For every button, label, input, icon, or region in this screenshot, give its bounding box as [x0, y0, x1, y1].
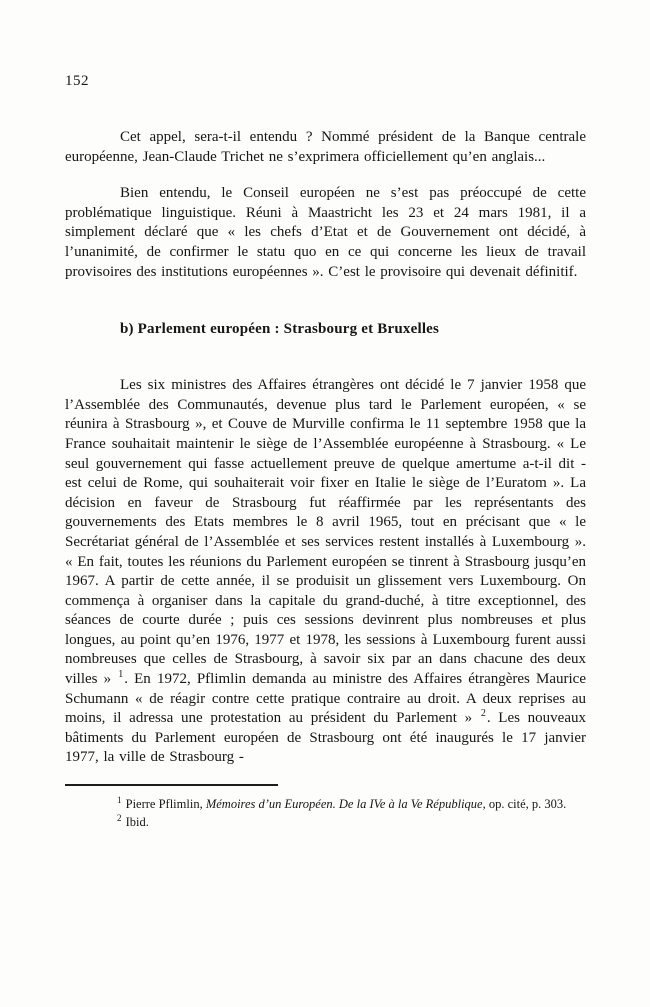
footnote-separator-rule — [65, 784, 278, 786]
footnote-1-text: Pierre Pflimlin, — [123, 797, 206, 811]
footnote-1: 1 Pierre Pflimlin, Mémoires d’un Europée… — [65, 795, 586, 813]
paragraph-conseil-europeen: Bien entendu, le Conseil européen ne s’e… — [65, 184, 586, 282]
footnote-2-text: Ibid. — [123, 815, 149, 829]
footnote-area: 1 Pierre Pflimlin, Mémoires d’un Europée… — [65, 784, 586, 831]
footnote-2: 2 Ibid. — [65, 813, 586, 831]
paragraph-parlement: Les six ministres des Affaires étrangère… — [65, 376, 586, 768]
paragraph-parlement-text-1: Les six ministres des Affaires étrangère… — [65, 377, 586, 687]
section-heading: b) Parlement européen : Strasbourg et Br… — [120, 319, 586, 339]
page-content: Cet appel, sera-t-il entendu ? Nommé pré… — [65, 128, 586, 831]
footnote-1-book-title: Mémoires d’un Européen. De la IVe à la V… — [206, 797, 483, 811]
footnote-1-text-end: , op. cité, p. 303. — [483, 797, 567, 811]
paragraph-trichet: Cet appel, sera-t-il entendu ? Nommé pré… — [65, 128, 586, 167]
footnote-reference-2: 2 — [480, 708, 487, 719]
page-number: 152 — [65, 73, 89, 90]
